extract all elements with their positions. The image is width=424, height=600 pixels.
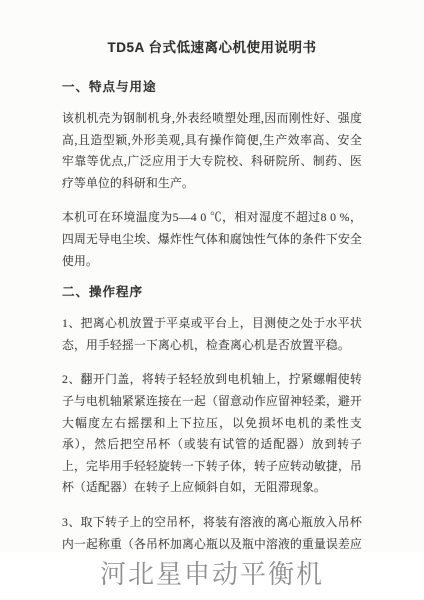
document-title: TD5A 台式低速离心机使用说明书 bbox=[62, 40, 362, 56]
operation-step-2: 2、翻开门盖，将转子轻轻放到电机轴上，拧紧螺帽使转子与电机轴紧紧连接在一起（留意… bbox=[62, 369, 362, 499]
section-heading-operation: 二、操作程序 bbox=[62, 285, 362, 299]
features-paragraph-2: 本机可在环境温度为5—4 0 ℃，相对湿度不超过8 0 %，四周无导电尘埃、爆炸… bbox=[62, 207, 362, 272]
section-heading-features: 一、特点与用途 bbox=[62, 80, 362, 94]
footer-brand: 河北星申动平衡机 bbox=[0, 552, 424, 599]
manual-page: TD5A 台式低速离心机使用说明书 一、特点与用途 该机机壳为钢制机身,外表经喷… bbox=[0, 0, 424, 600]
features-paragraph-1: 该机机壳为钢制机身,外表经喷塑处理,因而刚性好、强度高,且造型颖,外形美观,具有… bbox=[62, 108, 362, 194]
operation-step-1: 1、把离心机放置于平桌或平台上，目测使之处于水平状态，用手轻摇一下离心机，检查离… bbox=[62, 313, 362, 356]
document-body: TD5A 台式低速离心机使用说明书 一、特点与用途 该机机壳为钢制机身,外表经喷… bbox=[0, 0, 424, 598]
